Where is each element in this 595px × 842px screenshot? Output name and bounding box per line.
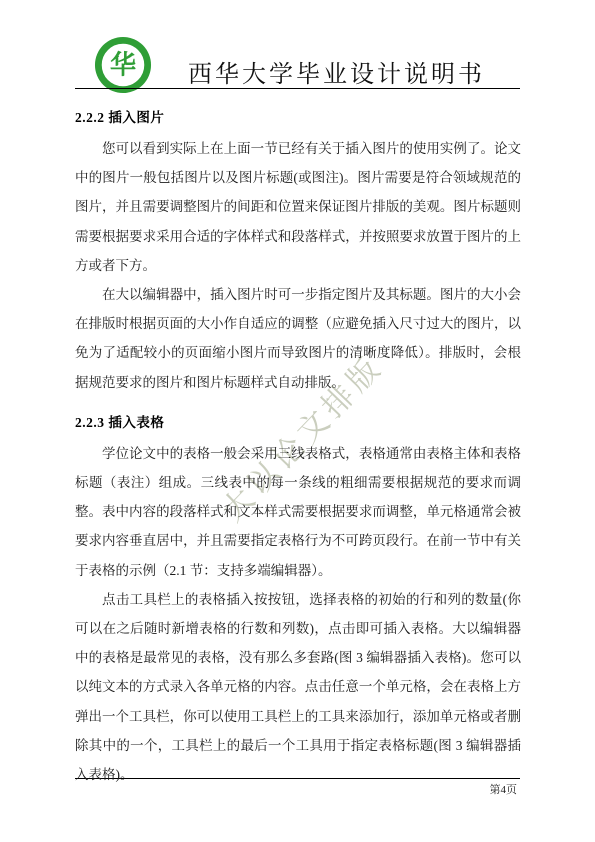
paragraph: 在大以编辑器中，插入图片时可一步指定图片及其标题。图片的大小会在排版时根据页面的… (75, 280, 521, 397)
logo-glyph: 华 (110, 51, 136, 80)
document-body: 2.2.2 插入图片 您可以看到实际上在上面一节已经有关于插入图片的使用实例了。… (75, 106, 521, 789)
university-logo-icon: 华 (94, 36, 152, 94)
section-heading-insert-image: 2.2.2 插入图片 (75, 106, 521, 126)
paragraph: 您可以看到实际上在上面一节已经有关于插入图片的使用实例了。论文中的图片一般包括图… (75, 134, 521, 280)
header-rule (75, 88, 520, 89)
paragraph: 点击工具栏上的表格插入按按钮，选择表格的初始的行和列的数量(你可以在之后随时新增… (75, 585, 521, 789)
page-title: 西华大学毕业设计说明书 (188, 54, 485, 89)
section-heading-insert-table: 2.2.3 插入表格 (75, 411, 521, 431)
document-page: 华 西华大学毕业设计说明书 大以论文排版 2.2.2 插入图片 您可以看到实际上… (0, 0, 595, 842)
paragraph: 学位论文中的表格一般会采用三线表格式，表格通常由表格主体和表格标题（表注）组成。… (75, 439, 521, 585)
